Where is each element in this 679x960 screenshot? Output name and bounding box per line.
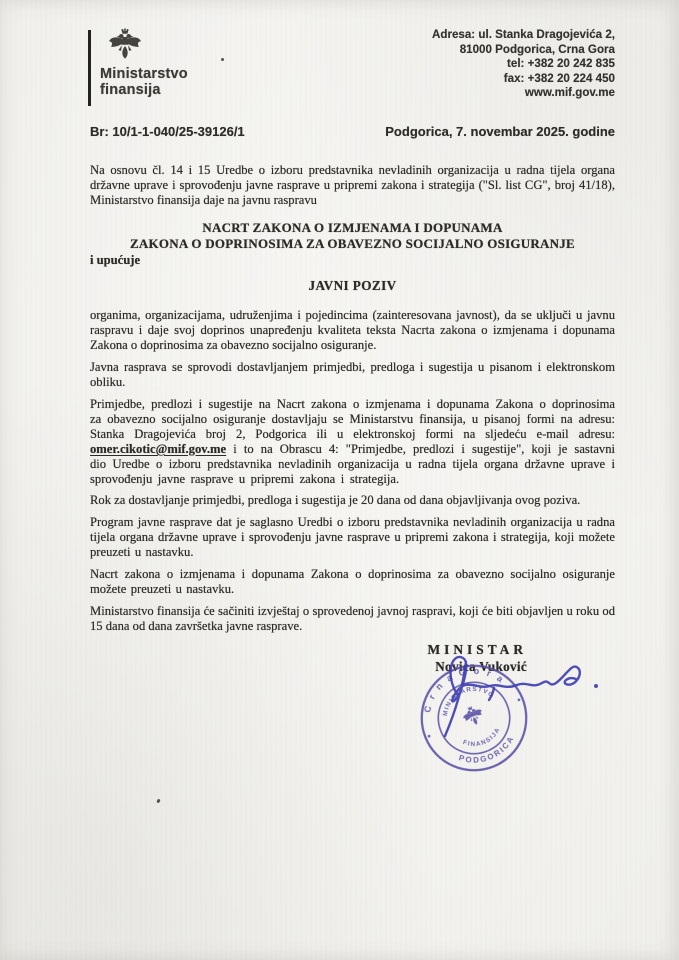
address-fax: fax: +382 20 224 450 (432, 72, 615, 87)
reference-number: Br: 10/1-1-040/25-39126/1 (90, 124, 245, 139)
connector-text: i upućuje (90, 253, 615, 268)
submission-text-before-email: Primjedbe, predlozi i sugestije na Nacrt… (90, 397, 615, 441)
letterhead: Ministarstvo finansija Adresa: ul. Stank… (0, 0, 679, 106)
reference-line: Br: 10/1-1-040/25-39126/1 Podgorica, 7. … (0, 106, 679, 139)
public-call-heading: JAVNI POZIV (90, 278, 615, 294)
address-city: 81000 Podgorica, Crna Gora (432, 43, 615, 58)
ministry-name-line2: finansija (100, 82, 161, 98)
signature-end-dot (594, 684, 598, 688)
letterhead-address: Adresa: ul. Stanka Dragojevića 2, 81000 … (432, 28, 615, 101)
intro-paragraph: Na osnovu čl. 14 i 15 Uredbe o izboru pr… (90, 163, 615, 208)
ministry-name: Ministarstvo finansija (100, 67, 188, 98)
scanned-document-page: Ministarstvo finansija Adresa: ul. Stank… (0, 0, 679, 960)
brand-divider-bar (88, 30, 91, 106)
deadline-paragraph: Rok za dostavljanje primjedbi, predloga … (90, 493, 615, 508)
draft-law-title-line1: NACRT ZAKONA O IZMJENAMA I DOPUNAMA (202, 220, 502, 235)
form-paragraph: Javna rasprava se sprovodi dostavljanjem… (90, 360, 615, 390)
program-paragraph: Program javne rasprave dat je saglasno U… (90, 515, 615, 560)
address-street: Adresa: ul. Stanka Dragojevića 2, (432, 28, 615, 43)
report-paragraph: Ministarstvo finansija će sačiniti izvje… (90, 604, 615, 634)
coat-of-arms-icon (106, 28, 144, 64)
scan-artifact-dot (221, 58, 224, 61)
handwritten-signature (436, 648, 608, 748)
scan-artifact-dot (156, 799, 161, 804)
stamp-left-dot (427, 734, 430, 737)
audience-paragraph: organima, organizacijama, udruženjima i … (90, 308, 615, 353)
draft-law-title: NACRT ZAKONA O IZMJENAMA I DOPUNAMA ZAKO… (90, 220, 615, 253)
submission-paragraph: Primjedbe, predlozi i sugestije na Nacrt… (90, 397, 615, 486)
draft-law-title-line2: ZAKONA O DOPRINOSIMA ZA OBAVEZNO SOCIJAL… (130, 236, 575, 251)
ministry-brand: Ministarstvo finansija (88, 28, 188, 106)
document-body: Na osnovu čl. 14 i 15 Uredbe o izboru pr… (0, 139, 679, 675)
address-tel: tel: +382 20 242 835 (432, 57, 615, 72)
address-website: www.mif.gov.me (432, 86, 615, 101)
draft-download-paragraph: Nacrt zakona o izmjenama i dopunama Zako… (90, 567, 615, 597)
ministry-name-line1: Ministarstvo (100, 66, 188, 82)
place-and-date: Podgorica, 7. novembar 2025. godine (385, 124, 615, 139)
contact-email: omer.cikotic@mif.gov.me (90, 442, 226, 456)
